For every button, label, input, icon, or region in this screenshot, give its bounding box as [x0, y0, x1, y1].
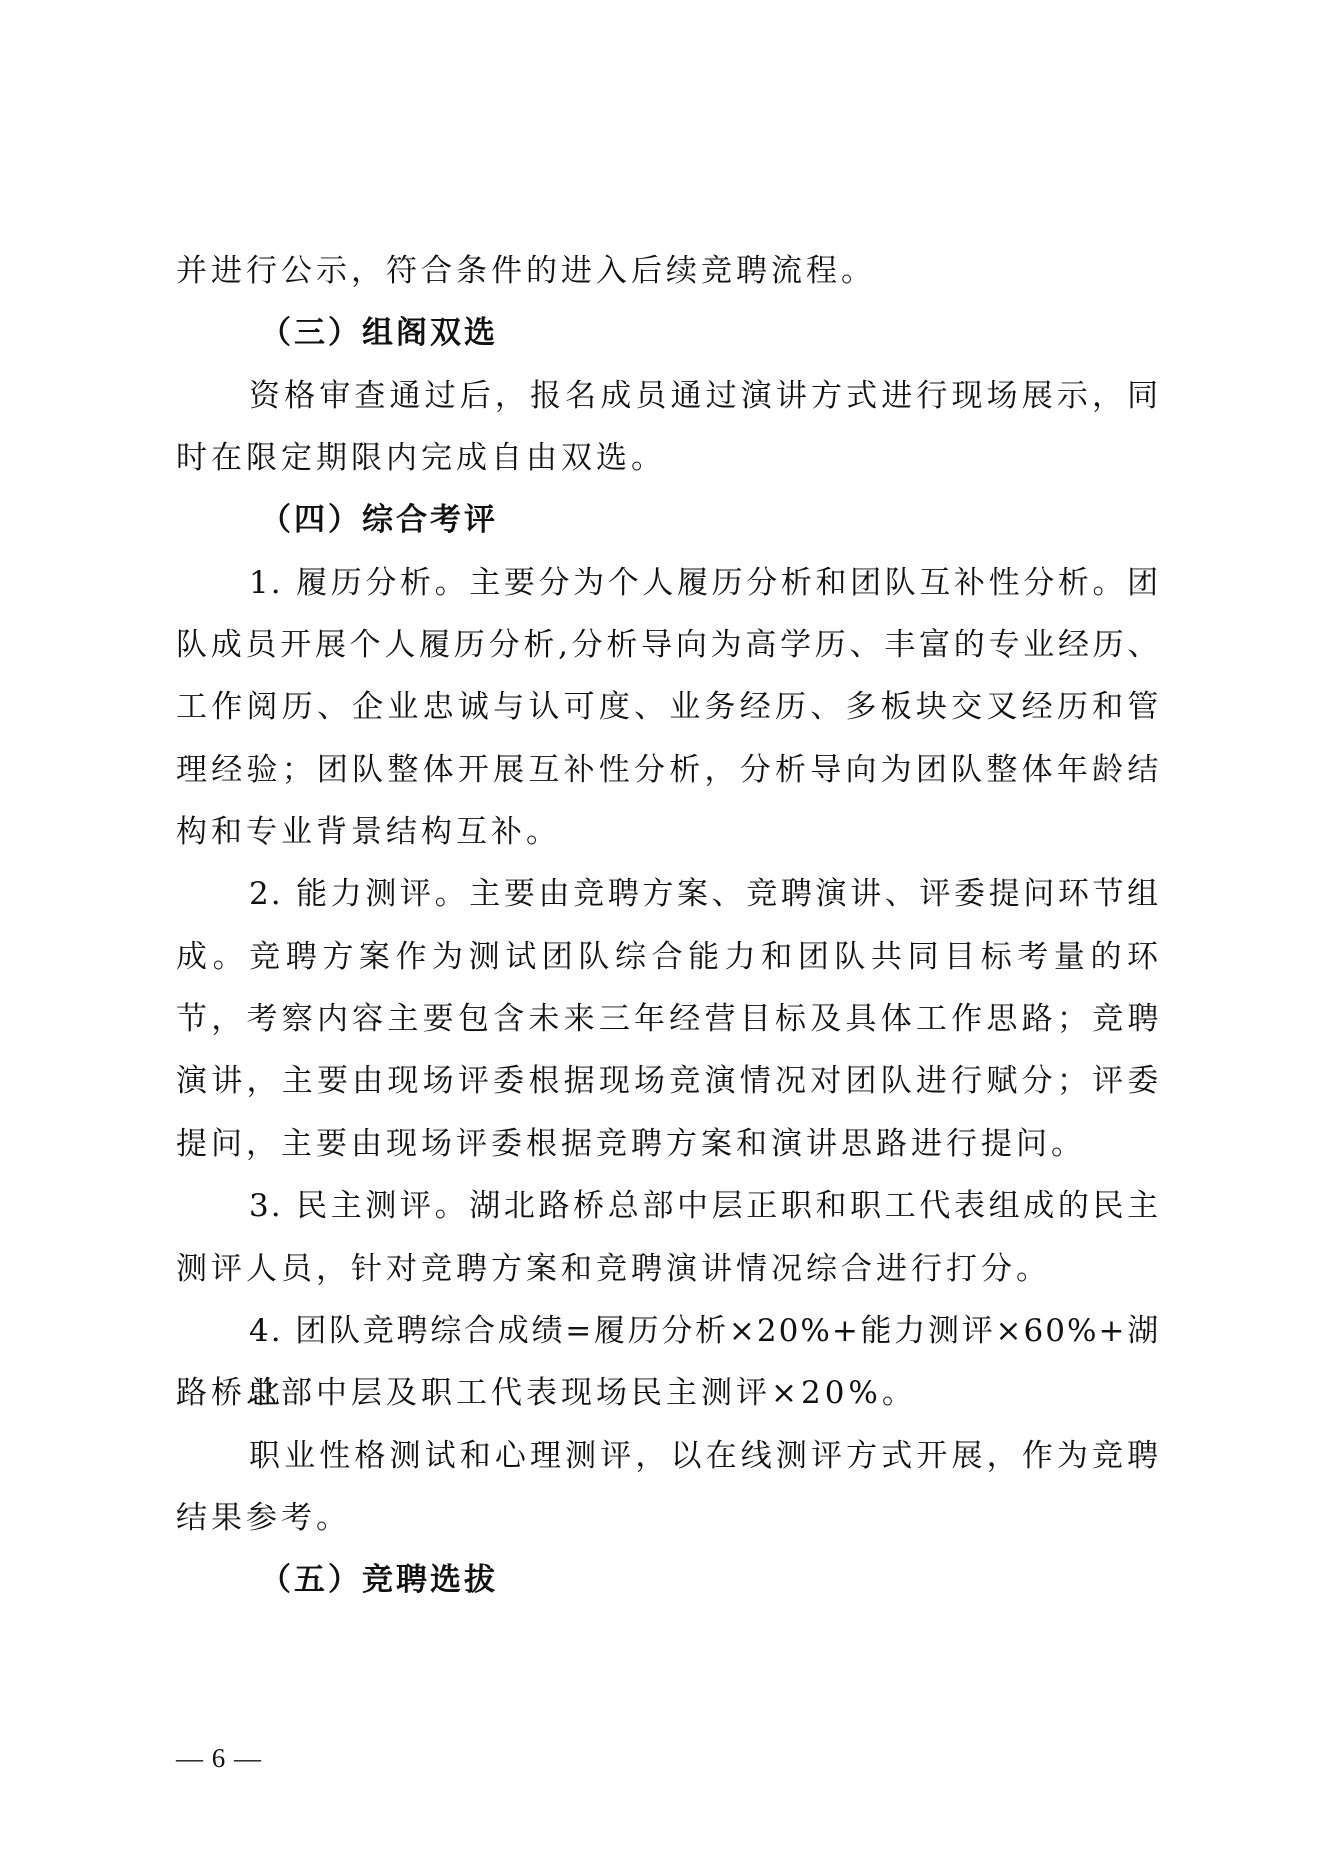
paragraph-line: 路桥总部中层及职工代表现场民主测评×20%。 — [176, 1362, 1160, 1424]
document-body: 并进行公示，符合条件的进入后续竞聘流程。 （三）组阁双选 资​格​审​查​通​过… — [176, 240, 1160, 1612]
paragraph-line: 工​作​阅​历​、​企​业​忠​诚​与​认​可​度​、​业​务​经​历​、​多​… — [176, 676, 1160, 738]
paragraph-line: 资​格​审​查​通​过​后​，​报​名​成​员​通​过​演​讲​方​式​进​行​… — [176, 365, 1160, 427]
paragraph-line: 成​。​竞​聘​方​案​作​为​测​试​团​队​综​合​能​力​和​团​队​共​… — [176, 926, 1160, 988]
section-heading-4: （四）综合考评 — [176, 489, 1160, 551]
paragraph-line: 节​，​考​察​内​容​主​要​包​含​未​来​三​年​经​营​目​标​及​具​… — [176, 988, 1160, 1050]
page-number: — 6 — — [176, 1740, 262, 1776]
paragraph-line: 队​成​员​开​展​个​人​履​历​分​析​,​分​析​导​向​为​高​学​历​… — [176, 614, 1160, 676]
paragraph-line: 并进行公示，符合条件的进入后续竞聘流程。 — [176, 240, 1160, 302]
paragraph-line: 结果参考。 — [176, 1487, 1160, 1549]
paragraph-line: 理​经​验​；​团​队​整​体​开​展​互​补​性​分​析​，​分​析​导​向​… — [176, 739, 1160, 801]
section-heading-3: （三）组阁双选 — [176, 302, 1160, 364]
document-page: 并进行公示，符合条件的进入后续竞聘流程。 （三）组阁双选 资​格​审​查​通​过… — [0, 0, 1323, 1871]
paragraph-line: 演​讲​，​主​要​由​现​场​评​委​根​据​现​场​竞​演​情​况​对​团​… — [176, 1050, 1160, 1112]
list-item-democratic-assessment: 3​.​ ​民​主​测​评​。​湖​北​路​桥​总​部​中​层​正​职​和​职​… — [176, 1175, 1160, 1237]
list-item-ability-assessment: 2​.​ ​能​力​测​评​。​主​要​由​竞​聘​方​案​、​竞​聘​演​讲​… — [176, 863, 1160, 925]
paragraph-line: 构和专业背景结构互补。 — [176, 801, 1160, 863]
paragraph-line: 职​业​性​格​测​试​和​心​理​测​评​，​以​在​线​测​评​方​式​开​… — [176, 1425, 1160, 1487]
paragraph-line: 测评人员，针对竞聘方案和竞聘演讲情况综合进行打分。 — [176, 1238, 1160, 1300]
section-heading-5: （五）竞聘选拔 — [176, 1549, 1160, 1611]
paragraph-line: 时在限定期限内完成自由双选。 — [176, 427, 1160, 489]
list-item-overall-score: 4​.​ ​团​队​竞​聘​综​合​成​绩​=​履​历​分​析​×​2​0​%​… — [176, 1300, 1160, 1362]
paragraph-line: 提问，主要由现场评委根据竞聘方案和演讲思路进行提问。 — [176, 1113, 1160, 1175]
list-item-resume-analysis: 1​.​ ​履​历​分​析​。​主​要​分​为​个​人​履​历​分​析​和​团​… — [176, 552, 1160, 614]
